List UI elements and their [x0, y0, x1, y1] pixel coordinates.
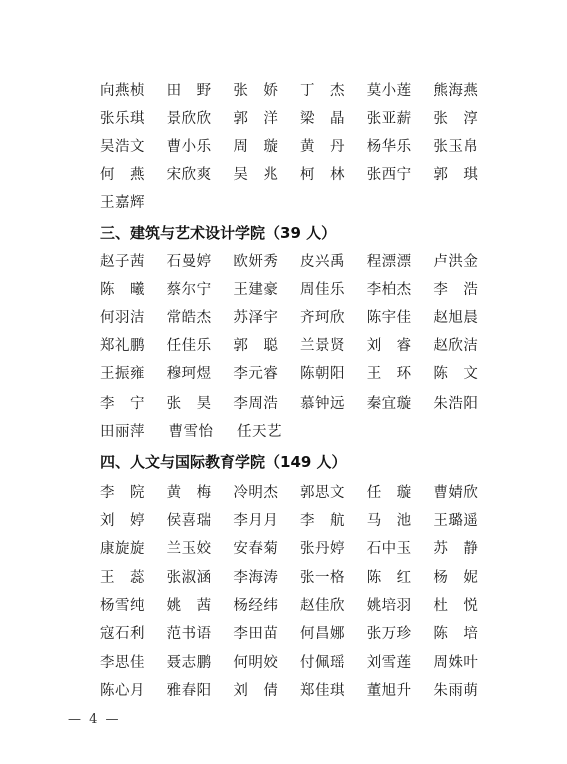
name: 李田苗	[233, 622, 300, 646]
name: 李月月	[233, 509, 300, 533]
name: 曹小乐	[167, 135, 234, 159]
name: 陈宇佳	[367, 306, 434, 330]
name: 陈朝阳	[300, 362, 367, 386]
section-heading-architecture: 三、建筑与艺术设计学院（39 人）	[100, 221, 336, 245]
name: 兰玉姣	[167, 537, 234, 561]
name: 郭 洋	[233, 107, 300, 131]
name: 程漂漂	[367, 250, 434, 274]
name-row: 李 院 黄 梅 冷明杰 郭思文 任 璇 曹婧欣	[100, 481, 500, 505]
name: 刘 睿	[367, 334, 434, 358]
name: 莫小莲	[367, 79, 434, 103]
name-row: 郑礼鹏 任佳乐 郭 聪 兰景贤 刘 睿 赵欣洁	[100, 334, 500, 358]
name: 侯喜瑞	[167, 509, 234, 533]
name: 向燕桢	[100, 79, 167, 103]
name: 王嘉辉	[100, 191, 169, 215]
name-row: 刘 婷 侯喜瑞 李月月 李 航 马 池 王璐遥	[100, 509, 500, 533]
name: 李 航	[300, 509, 367, 533]
name-row: 王振雍 穆珂煜 李元睿 陈朝阳 王 环 陈 文	[100, 362, 500, 386]
name: 张淑涵	[167, 566, 234, 590]
name: 柯 林	[300, 163, 367, 187]
name-row: 赵子茜 石曼婷 欧妍秀 皮兴禹 程漂漂 卢洪金	[100, 250, 500, 274]
name: 雅春阳	[167, 679, 234, 703]
name: 李 宁	[100, 392, 167, 416]
name: 杜 悦	[433, 594, 500, 618]
name: 景欣欣	[167, 107, 234, 131]
name: 聂志鹏	[167, 651, 234, 675]
name: 陈 文	[433, 362, 500, 386]
name: 郑礼鹏	[100, 334, 167, 358]
name-row: 陈心月 雅春阳 刘 倩 郑佳琪 董旭升 朱雨萌	[100, 679, 500, 703]
name-row: 王 蕊 张淑涵 李海涛 张一格 陈 红 杨 妮	[100, 566, 500, 590]
name: 郑佳琪	[300, 679, 367, 703]
name-row: 寇石利 范书语 李田苗 何昌娜 张万珍 陈 培	[100, 622, 500, 646]
name: 张 淳	[433, 107, 500, 131]
name: 田丽萍	[100, 420, 169, 444]
name: 姚培羽	[367, 594, 434, 618]
name: 田 野	[167, 79, 234, 103]
name: 康旋旋	[100, 537, 167, 561]
name: 张玉帛	[433, 135, 500, 159]
name: 杨雪纯	[100, 594, 167, 618]
name: 郭 聪	[233, 334, 300, 358]
page-number: — 4 —	[68, 712, 121, 727]
name: 张西宁	[367, 163, 434, 187]
name: 范书语	[167, 622, 234, 646]
name: 董旭升	[367, 679, 434, 703]
name: 郭 琪	[433, 163, 500, 187]
name: 寇石利	[100, 622, 167, 646]
name: 马 池	[367, 509, 434, 533]
name-row: 杨雪纯 姚 茜 杨经纬 赵佳欣 姚培羽 杜 悦	[100, 594, 500, 618]
name: 王 蕊	[100, 566, 167, 590]
name: 张 昊	[167, 392, 234, 416]
name: 刘 倩	[233, 679, 300, 703]
name: 何昌娜	[300, 622, 367, 646]
name: 张 娇	[233, 79, 300, 103]
section-heading-humanities: 四、人文与国际教育学院（149 人）	[100, 450, 347, 474]
name: 朱雨萌	[433, 679, 500, 703]
name-row: 李思佳 聂志鹏 何明姣 付佩瑶 刘雪莲 周姝叶	[100, 651, 500, 675]
name: 蔡尔宁	[167, 278, 234, 302]
name: 姚 茜	[167, 594, 234, 618]
document-page: 向燕桢 田 野 张 娇 丁 杰 莫小莲 熊海燕 张乐琪 景欣欣 郭 洋 梁 晶 …	[0, 0, 567, 764]
name: 石曼婷	[167, 250, 234, 274]
name: 张万珍	[367, 622, 434, 646]
name: 熊海燕	[433, 79, 500, 103]
name: 穆珂煜	[167, 362, 234, 386]
name: 何羽洁	[100, 306, 167, 330]
name: 王璐遥	[433, 509, 500, 533]
name-row: 何羽洁 常皓杰 苏泽宇 齐珂欣 陈宇佳 赵旭晨	[100, 306, 500, 330]
name: 李思佳	[100, 651, 167, 675]
name: 李海涛	[233, 566, 300, 590]
name: 付佩瑶	[300, 651, 367, 675]
name: 曹雪怡	[169, 420, 238, 444]
name: 王建豪	[233, 278, 300, 302]
name: 兰景贤	[300, 334, 367, 358]
name: 李周浩	[233, 392, 300, 416]
name: 梁 晶	[300, 107, 367, 131]
name: 郭思文	[300, 481, 367, 505]
name: 陈 红	[367, 566, 434, 590]
name: 赵佳欣	[300, 594, 367, 618]
name: 常皓杰	[167, 306, 234, 330]
name: 李 院	[100, 481, 167, 505]
name-row: 田丽萍 曹雪怡 任天艺	[100, 420, 500, 444]
name-row: 康旋旋 兰玉姣 安春菊 张丹婷 石中玉 苏 静	[100, 537, 500, 561]
name: 曹婧欣	[433, 481, 500, 505]
name: 齐珂欣	[300, 306, 367, 330]
name: 张丹婷	[300, 537, 367, 561]
name: 张一格	[300, 566, 367, 590]
name: 张乐琪	[100, 107, 167, 131]
name: 苏泽宇	[233, 306, 300, 330]
name: 杨华乐	[367, 135, 434, 159]
name: 安春菊	[233, 537, 300, 561]
name: 周 璇	[233, 135, 300, 159]
name: 朱浩阳	[433, 392, 500, 416]
name: 张亚薪	[367, 107, 434, 131]
name: 秦宜璇	[367, 392, 434, 416]
name: 李柏杰	[367, 278, 434, 302]
name: 苏 静	[433, 537, 500, 561]
name: 任佳乐	[167, 334, 234, 358]
name: 慕钟远	[300, 392, 367, 416]
name: 皮兴禹	[300, 250, 367, 274]
name: 陈心月	[100, 679, 167, 703]
name: 杨经纬	[233, 594, 300, 618]
name: 丁 杰	[300, 79, 367, 103]
name: 宋欣爽	[167, 163, 234, 187]
name: 陈 培	[433, 622, 500, 646]
name-row: 吴浩文 曹小乐 周 璇 黄 丹 杨华乐 张玉帛	[100, 135, 500, 159]
name: 刘 婷	[100, 509, 167, 533]
name: 欧妍秀	[233, 250, 300, 274]
name: 李元睿	[233, 362, 300, 386]
name-row: 王嘉辉	[100, 191, 500, 215]
name: 李 浩	[433, 278, 500, 302]
name: 周姝叶	[433, 651, 500, 675]
name: 何明姣	[233, 651, 300, 675]
name: 周佳乐	[300, 278, 367, 302]
name-row: 何 燕 宋欣爽 吴 兆 柯 林 张西宁 郭 琪	[100, 163, 500, 187]
name: 黄 丹	[300, 135, 367, 159]
name: 王 环	[367, 362, 434, 386]
name: 吴 兆	[233, 163, 300, 187]
name: 黄 梅	[167, 481, 234, 505]
name: 赵旭晨	[433, 306, 500, 330]
name-row: 陈 曦 蔡尔宁 王建豪 周佳乐 李柏杰 李 浩	[100, 278, 500, 302]
name: 陈 曦	[100, 278, 167, 302]
name: 赵子茜	[100, 250, 167, 274]
name: 杨 妮	[433, 566, 500, 590]
name: 刘雪莲	[367, 651, 434, 675]
name-row: 张乐琪 景欣欣 郭 洋 梁 晶 张亚薪 张 淳	[100, 107, 500, 131]
name: 卢洪金	[433, 250, 500, 274]
name: 冷明杰	[233, 481, 300, 505]
name-row: 向燕桢 田 野 张 娇 丁 杰 莫小莲 熊海燕	[100, 79, 500, 103]
name: 任天艺	[237, 420, 306, 444]
name-row: 李 宁 张 昊 李周浩 慕钟远 秦宜璇 朱浩阳	[100, 392, 500, 416]
name: 王振雍	[100, 362, 167, 386]
name: 何 燕	[100, 163, 167, 187]
name: 赵欣洁	[433, 334, 500, 358]
name: 石中玉	[367, 537, 434, 561]
name: 吴浩文	[100, 135, 167, 159]
name: 任 璇	[367, 481, 434, 505]
